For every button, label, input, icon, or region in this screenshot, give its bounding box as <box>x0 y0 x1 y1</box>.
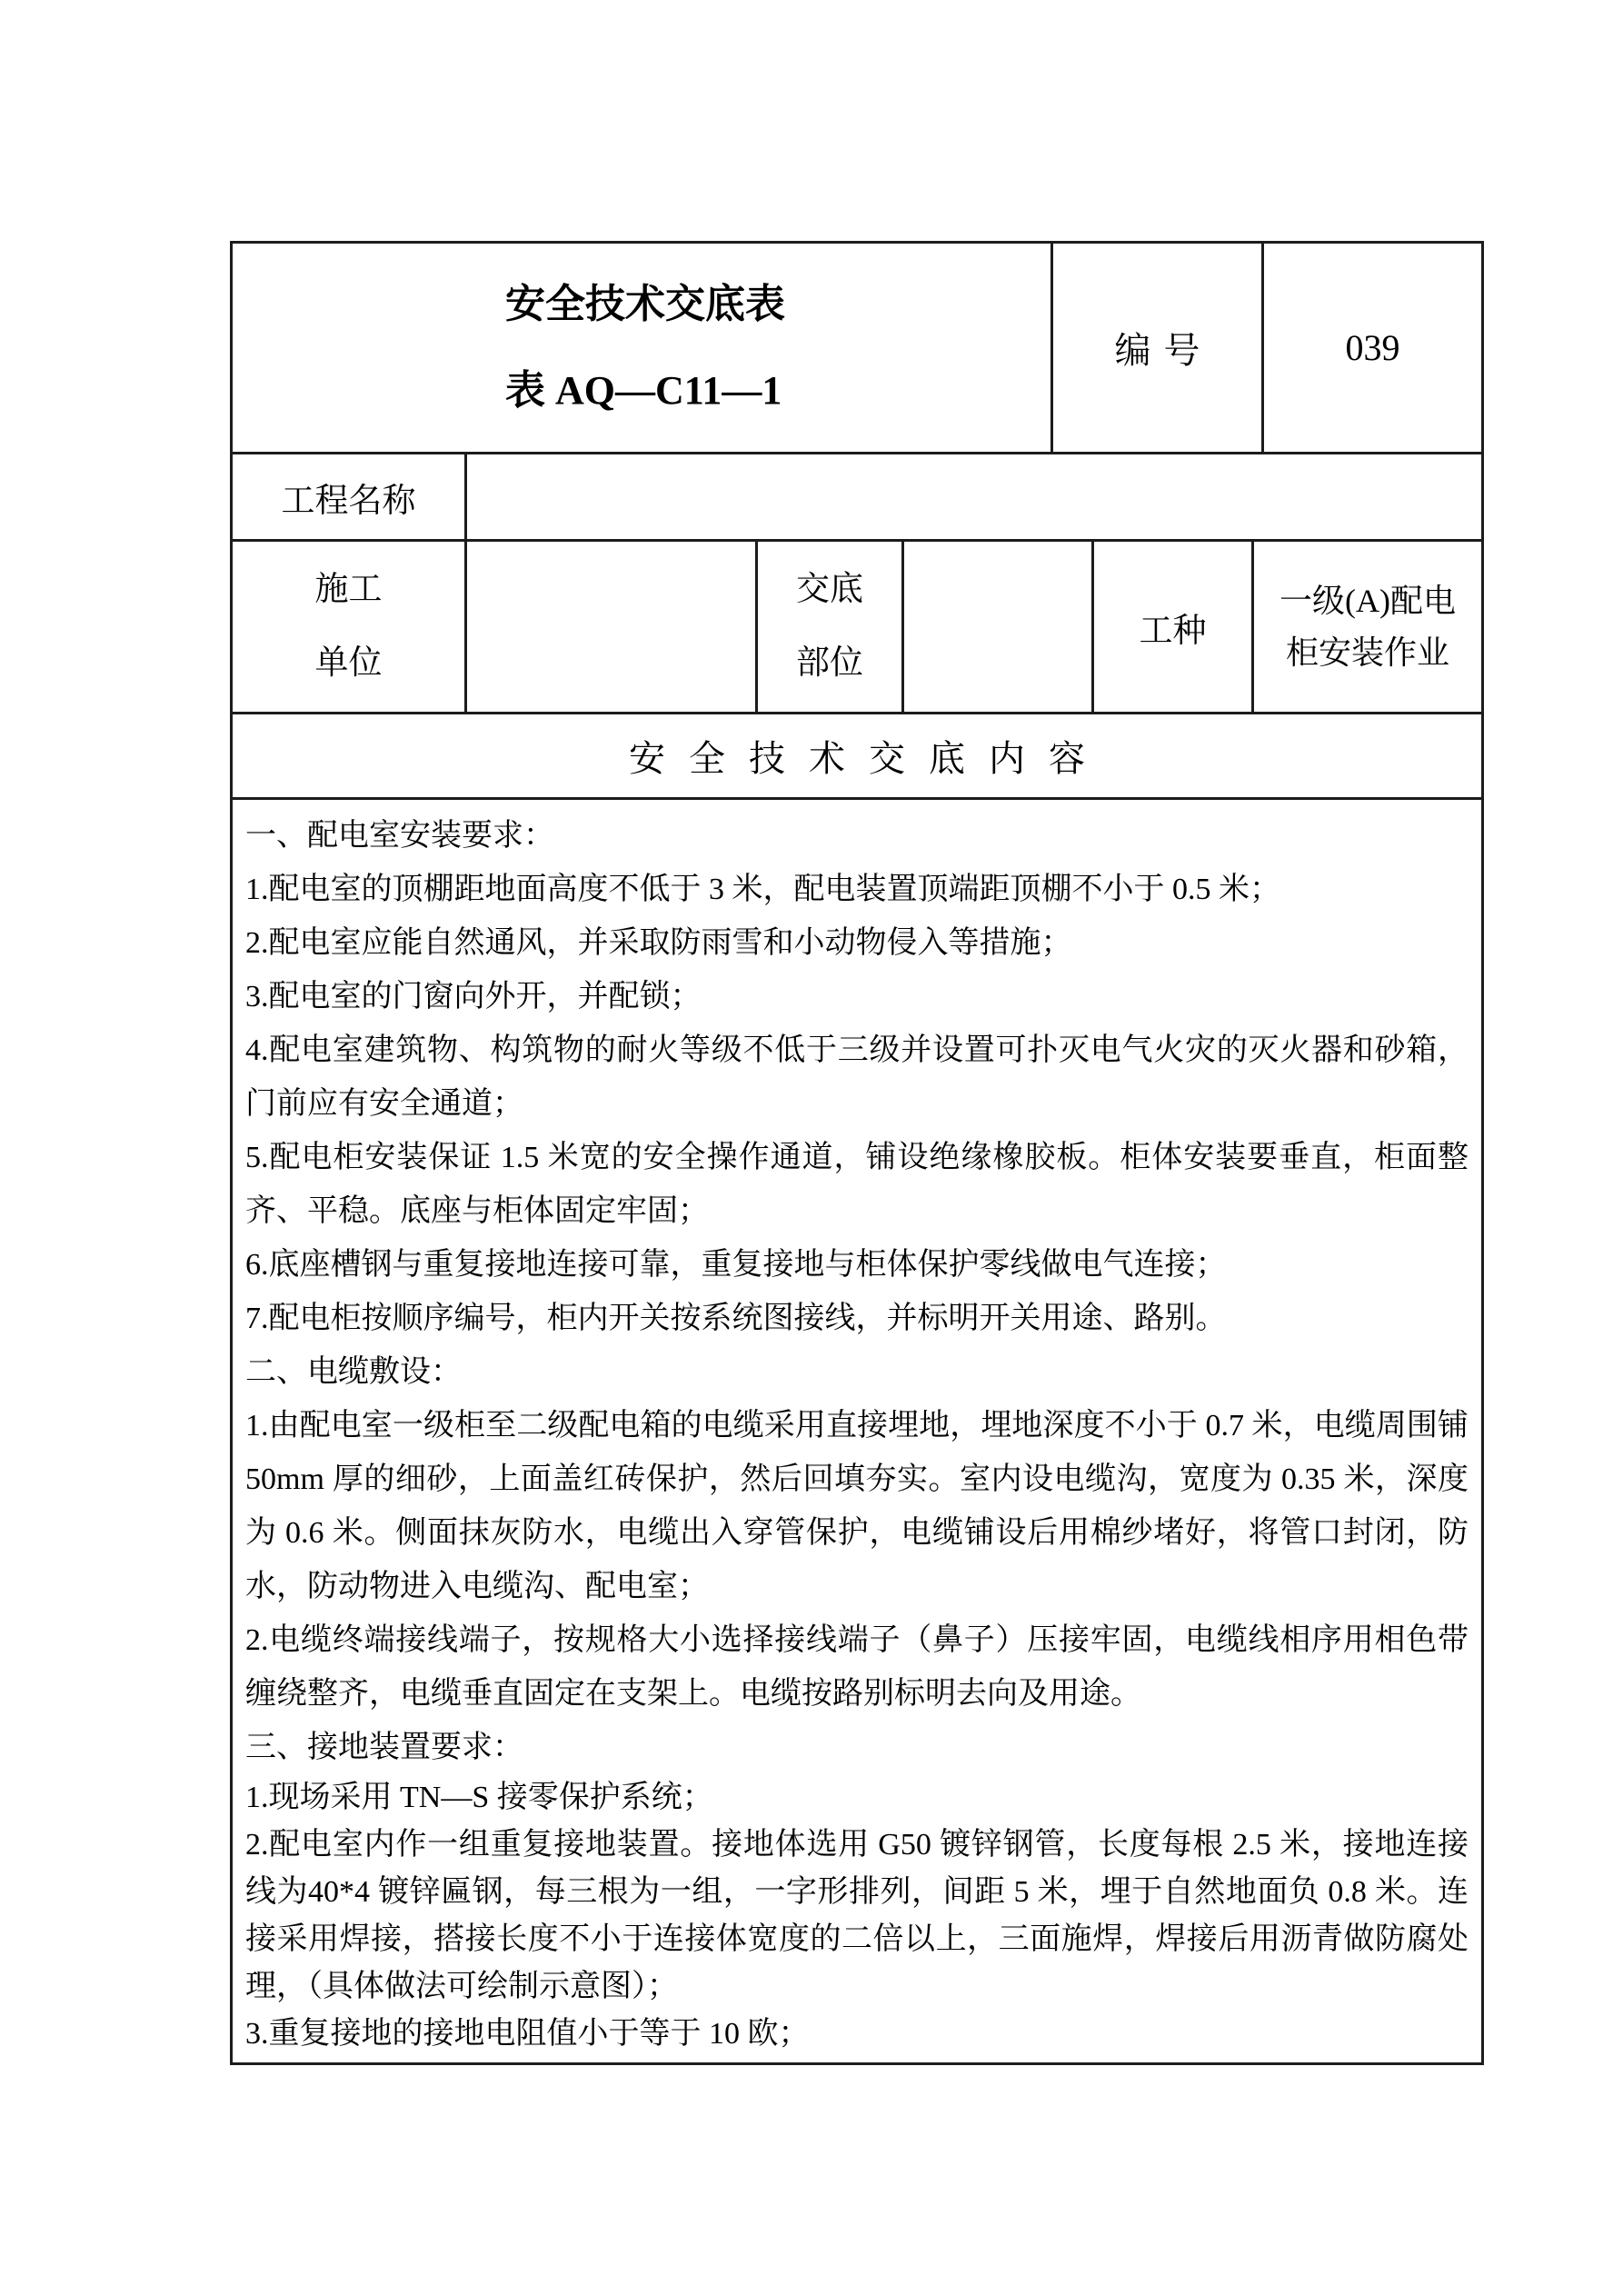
disclosure-part-value-cell <box>904 542 1094 712</box>
worktype-value-cell: 一级(A)配电 柜安装作业 <box>1254 542 1481 712</box>
worktype-value-line2: 柜安装作业 <box>1286 632 1449 674</box>
number-label: 编号 <box>1115 322 1213 374</box>
document-page: 安全技术交底表 表 AQ—C11—1 编号 039 工程名称 施工 单位 <box>0 0 1623 2296</box>
content-paragraph: 5.配电柜安装保证 1.5 米宽的安全操作通道，铺设绝缘橡胶板。柜体安装要垂直，… <box>245 1131 1469 1238</box>
construction-unit-label-cell: 施工 单位 <box>233 542 467 712</box>
content-paragraph: 3.重复接地的接地电阻值小于等于 10 欧； <box>245 2011 1469 2058</box>
content-row: 一、配电室安装要求： 1.配电室的顶棚距地面高度不低于 3 米，配电装置顶端距顶… <box>233 800 1481 2062</box>
content-paragraph: 3.配电室的门窗向外开，并配锁； <box>245 970 1469 1023</box>
form-title-cell: 安全技术交底表 表 AQ—C11—1 <box>233 244 1053 452</box>
construction-unit-value-cell <box>467 542 758 712</box>
worktype-label: 工种 <box>1140 603 1207 652</box>
construction-unit-label-line2: 单位 <box>315 646 383 682</box>
content-paragraph: 一、配电室安装要求： <box>245 809 1469 863</box>
section-header-title: 安全技术交底内容 <box>629 730 1109 782</box>
section-header-cell: 安全技术交底内容 <box>233 714 1481 797</box>
content-paragraph: 二、电缆敷设： <box>245 1345 1469 1399</box>
project-name-row: 工程名称 <box>233 454 1481 542</box>
form-title-line1: 安全技术交底表 <box>505 283 785 326</box>
worktype-label-cell: 工种 <box>1094 542 1254 712</box>
content-paragraph: 三、接地装置要求： <box>245 1721 1469 1774</box>
header-row: 安全技术交底表 表 AQ—C11—1 编号 039 <box>233 244 1481 454</box>
unit-part-worktype-row: 施工 单位 交底 部位 工种 一级(A)配电 柜安装作业 <box>233 542 1481 714</box>
project-name-label-cell: 工程名称 <box>233 454 467 539</box>
section-header-row: 安全技术交底内容 <box>233 714 1481 800</box>
number-label-cell: 编号 <box>1053 244 1264 452</box>
content-paragraph: 2.配电室应能自然通风，并采取防雨雪和小动物侵入等措施； <box>245 916 1469 970</box>
worktype-value-line1: 一级(A)配电 <box>1279 580 1456 623</box>
content-paragraph: 1.由配电室一级柜至二级配电箱的电缆采用直接埋地，埋地深度不小于 0.7 米，电… <box>245 1399 1469 1613</box>
form-title-line2: 表 AQ—C11—1 <box>505 369 782 413</box>
content-paragraph: 6.底座槽钢与重复接地连接可靠，重复接地与柜体保护零线做电气连接； <box>245 1238 1469 1292</box>
content-paragraph: 2.电缆终端接线端子，按规格大小选择接线端子（鼻子）压接牢固，电缆线相序用相色带… <box>245 1613 1469 1721</box>
construction-unit-label-line1: 施工 <box>315 573 383 608</box>
project-name-value-cell <box>467 454 1481 539</box>
content-paragraph: 4.配电室建筑物、构筑物的耐火等级不低于三级并设置可扑灭电气火灾的灭火器和砂箱，… <box>245 1023 1469 1131</box>
disclosure-part-label-cell: 交底 部位 <box>758 542 904 712</box>
content-paragraph: 7.配电柜按顺序编号，柜内开关按系统图接线，并标明开关用途、路别。 <box>245 1292 1469 1345</box>
number-value: 039 <box>1346 326 1400 369</box>
content-paragraph: 1.现场采用 TN—S 接零保护系统； <box>245 1774 1469 1822</box>
content-paragraph: 2.配电室内作一组重复接地装置。接地体选用 G50 镀锌钢管，长度每根 2.5 … <box>245 1822 1469 2011</box>
content-body: 一、配电室安装要求： 1.配电室的顶棚距地面高度不低于 3 米，配电装置顶端距顶… <box>233 800 1481 2062</box>
number-value-cell: 039 <box>1264 244 1481 452</box>
safety-disclosure-table: 安全技术交底表 表 AQ—C11—1 编号 039 工程名称 施工 单位 <box>230 241 1484 2065</box>
disclosure-part-label-line2: 部位 <box>796 646 863 682</box>
content-paragraph: 1.配电室的顶棚距地面高度不低于 3 米，配电装置顶端距顶棚不小于 0.5 米； <box>245 863 1469 916</box>
project-name-label: 工程名称 <box>282 473 416 522</box>
disclosure-part-label-line1: 交底 <box>796 573 863 608</box>
